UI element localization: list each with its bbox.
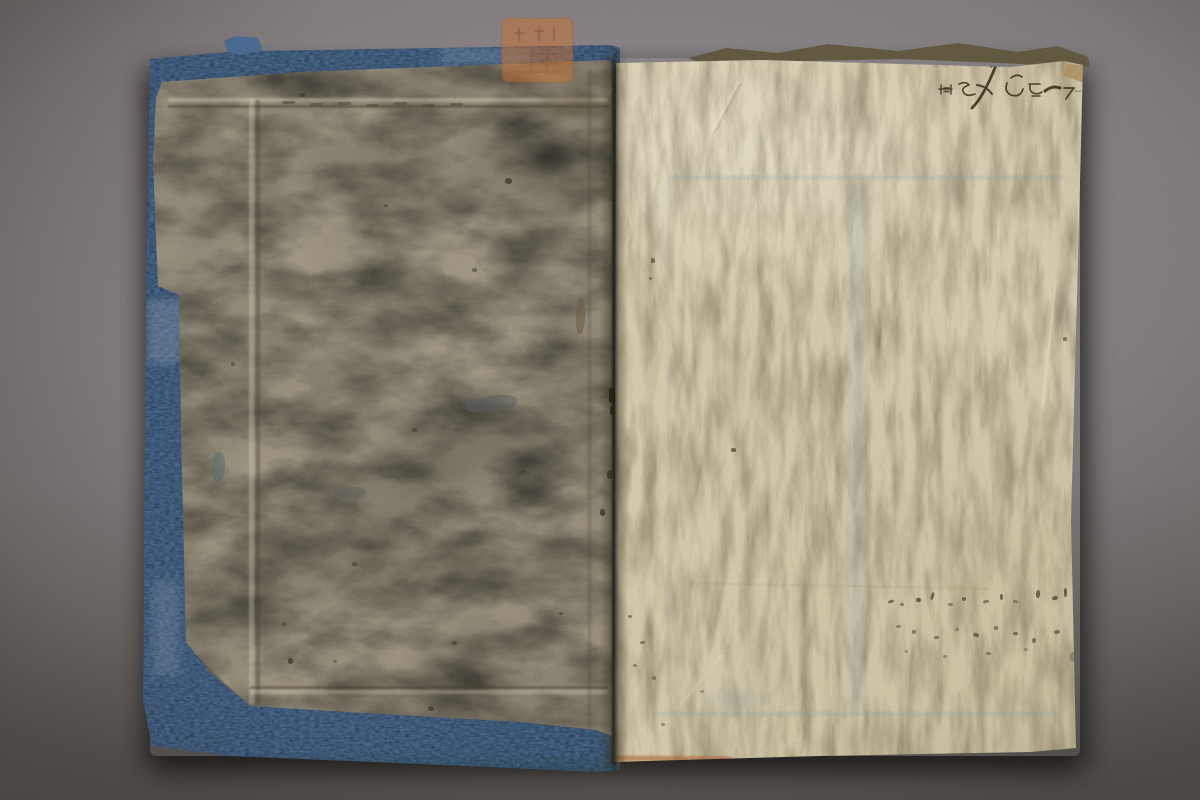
photo-old-book: Photograph: antique East Asian stab-boun… bbox=[0, 0, 1200, 800]
binding-stitch bbox=[609, 388, 615, 403]
paper-label bbox=[501, 17, 574, 83]
binding-stitch bbox=[610, 406, 615, 415]
